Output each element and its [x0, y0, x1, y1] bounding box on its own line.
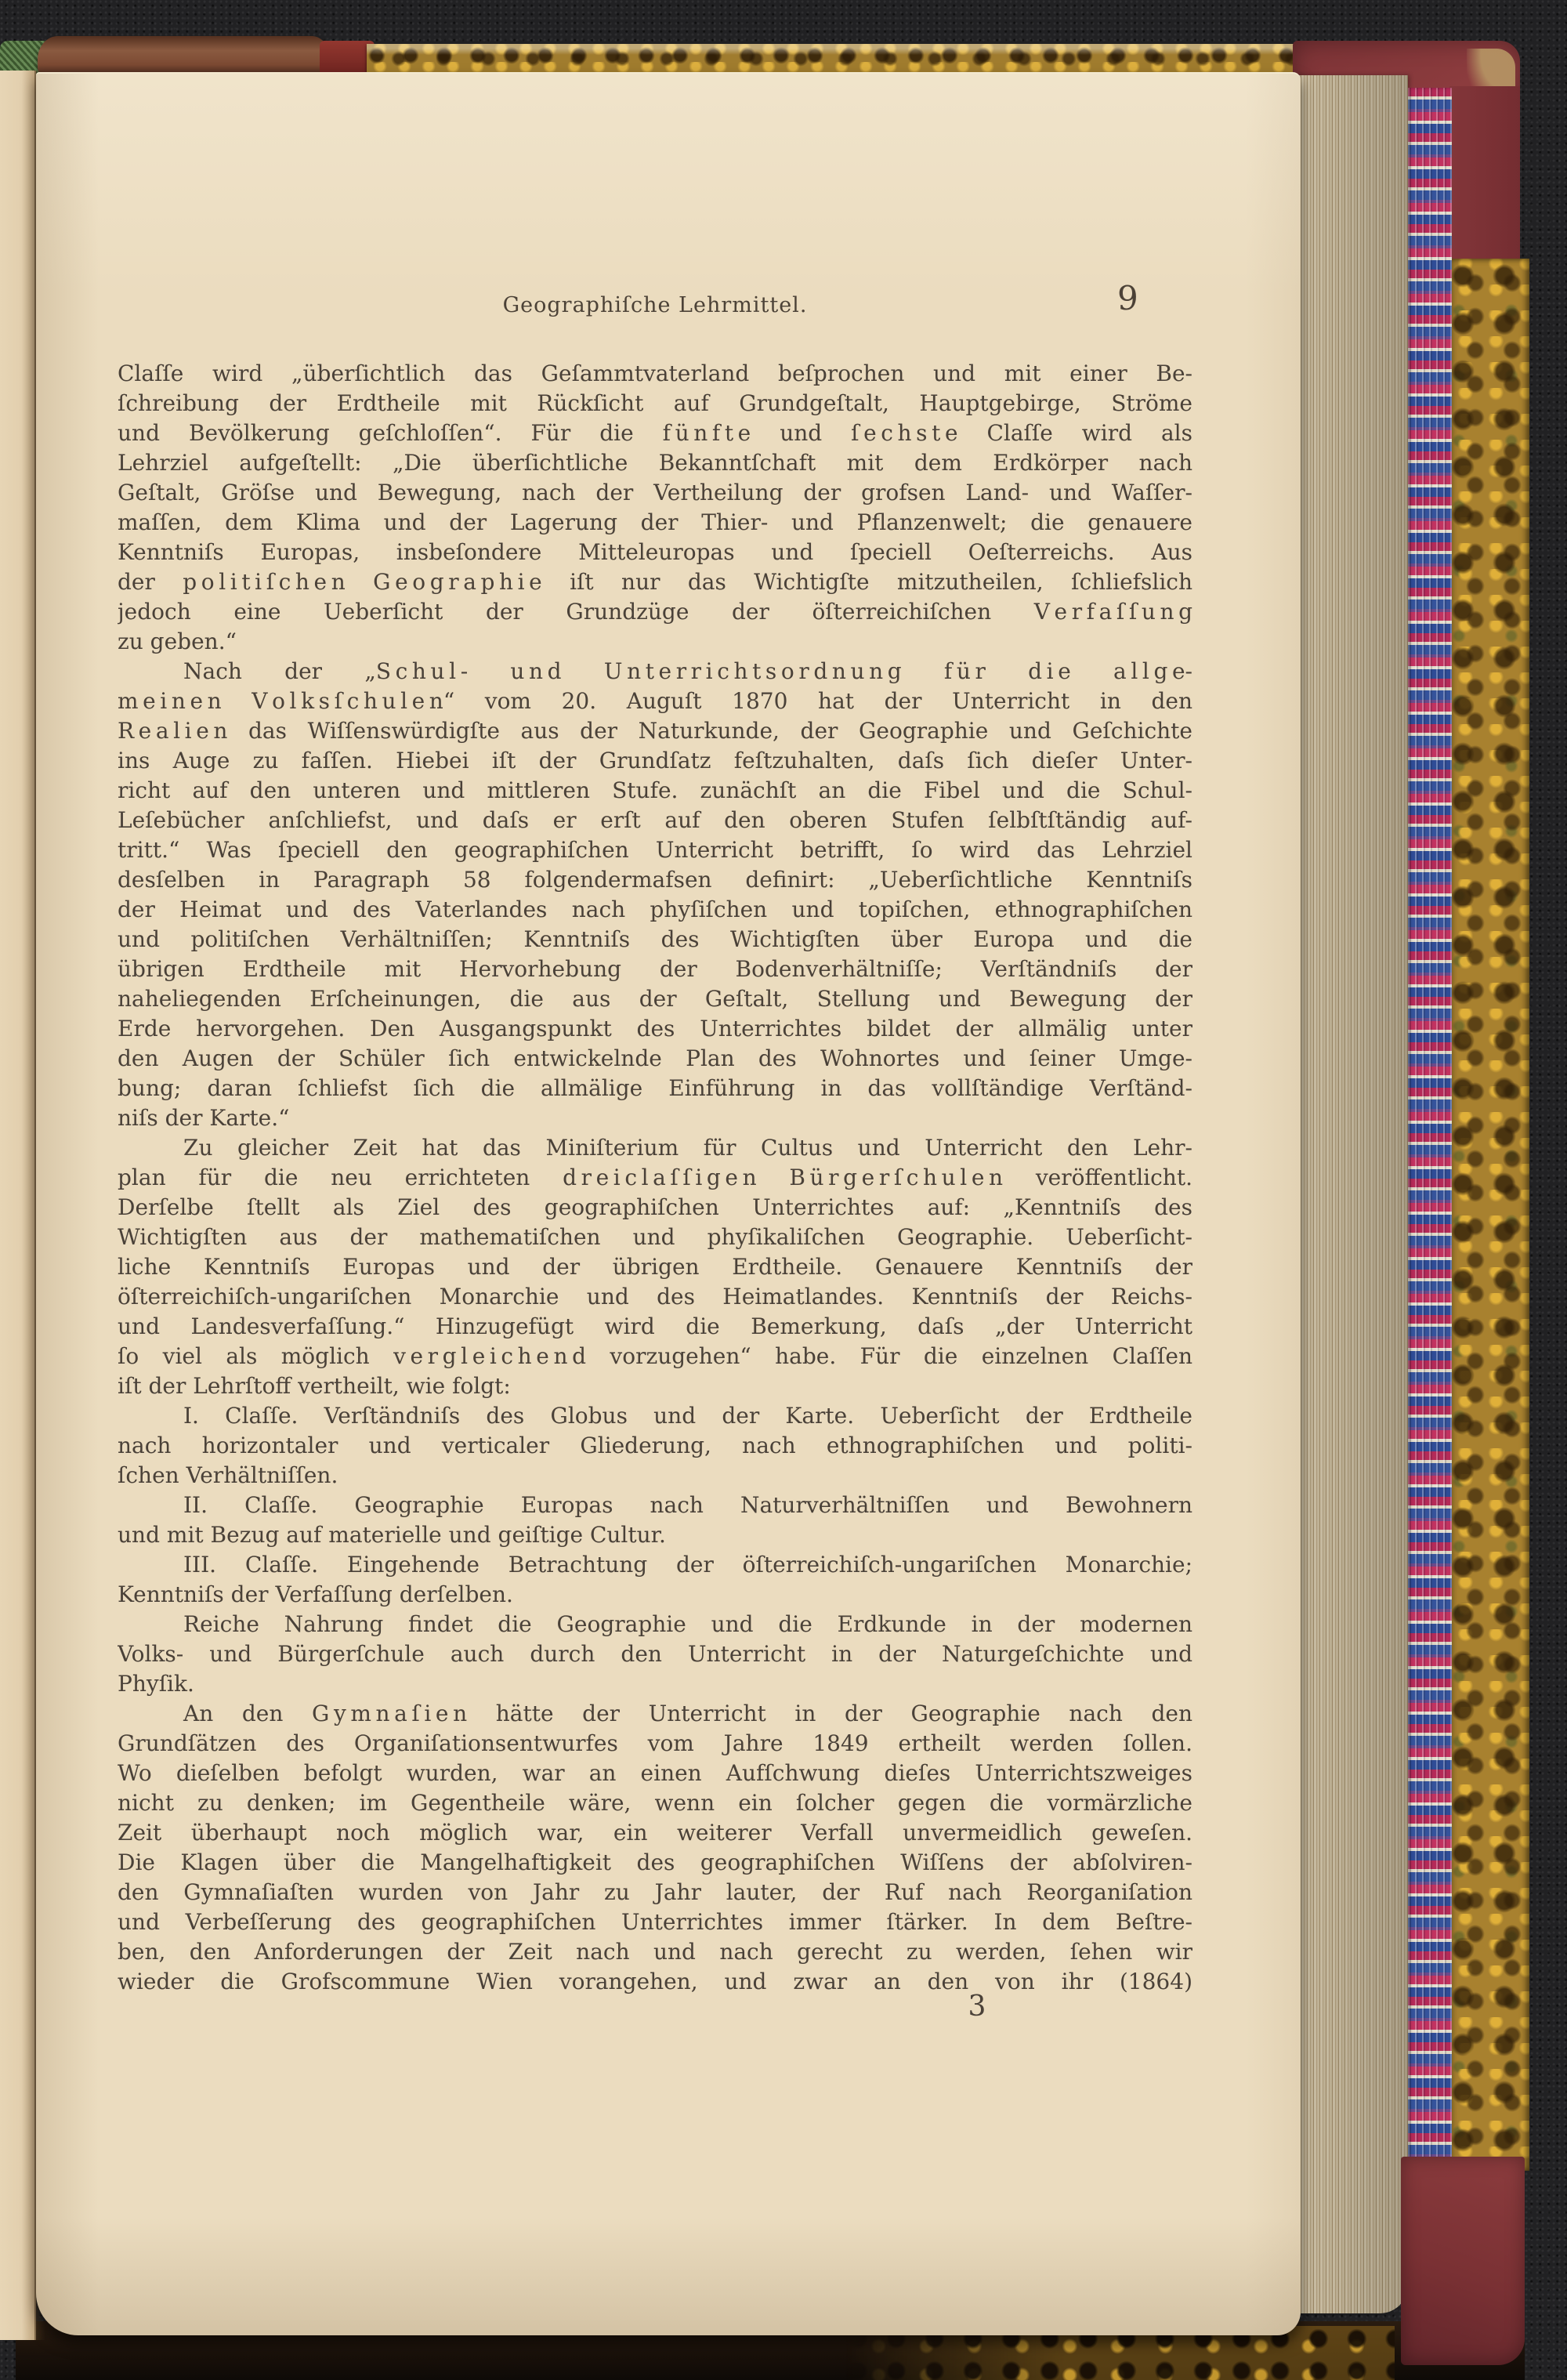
text-line: ſo viel als möglich v e r g l e i c h e …: [118, 1342, 1192, 1371]
text-line: übrigen Erdtheile mit Hervorhebung der B…: [118, 955, 1192, 984]
text-line: wieder die Grofscommune Wien vorangehen,…: [118, 1967, 1192, 1997]
text-line: ins Auge zu faſſen. Hiebei iſt der Grund…: [118, 746, 1192, 776]
scanned-book-photo: Geographiſche Lehrmittel. 9 Claſſe wird …: [0, 0, 1567, 2380]
text-line: der Heimat und des Vaterlandes nach phyſ…: [118, 895, 1192, 925]
text-line: III. Claſſe. Eingehende Betrachtung der …: [118, 1550, 1192, 1580]
text-line: der p o l i t i ſ c h e n G e o g r a p …: [118, 567, 1192, 597]
text-line: ſchen Verhältniſſen.: [118, 1461, 1192, 1491]
text-line: I. Claſſe. Verſtändniſs des Globus und d…: [118, 1401, 1192, 1431]
text-line: und mit Bezug auf materielle und geiſtig…: [118, 1520, 1192, 1550]
text-line: Kenntniſs Europas, insbeſondere Mitteleu…: [118, 538, 1192, 567]
spine-head-leather: [38, 36, 329, 77]
text-line: richt auf den unteren und mittleren Stuf…: [118, 776, 1192, 806]
text-line: plan für die neu errichteten d r e i c l…: [118, 1163, 1192, 1193]
text-line: naheliegenden Erſcheinungen, die aus der…: [118, 984, 1192, 1014]
text-line: nicht zu denken; im Gegentheile wäre, we…: [118, 1788, 1192, 1818]
text-line: Leſebücher anſchliefst, und daſs er erſt…: [118, 806, 1192, 835]
text-line: Claſſe wird „überſichtlich das Geſammtva…: [118, 359, 1192, 389]
text-line: Wo dieſelben befolgt wurden, war an eine…: [118, 1759, 1192, 1788]
body-text-block: Claſſe wird „überſichtlich das Geſammtva…: [118, 359, 1192, 1997]
running-header: Geographiſche Lehrmittel.: [118, 293, 1192, 317]
text-line: Die Klagen über die Mangelhaftigkeit des…: [118, 1848, 1192, 1878]
text-line: niſs der Karte.“: [118, 1103, 1192, 1133]
text-line: R e a l i e n das Wiſſenswürdigſte aus d…: [118, 716, 1192, 746]
text-line: und Verbeſſerung des geographiſchen Unte…: [118, 1907, 1192, 1937]
text-line: ben, den Anforderungen der Zeit nach und…: [118, 1937, 1192, 1967]
text-line: Grundſätzen des Organiſationsentwurfes v…: [118, 1729, 1192, 1759]
text-line: Reiche Nahrung findet die Geographie und…: [118, 1610, 1192, 1639]
page-number: 9: [1117, 279, 1180, 317]
text-line: nach horizontaler und verticaler Glieder…: [118, 1431, 1192, 1461]
text-line: liche Kenntniſs Europas und der übrigen …: [118, 1252, 1192, 1282]
text-line: jedoch eine Ueberſicht der Grundzüge der…: [118, 597, 1192, 627]
book-page: Geographiſche Lehrmittel. 9 Claſſe wird …: [36, 72, 1301, 2335]
cover-bottom-right-corner: [1401, 2157, 1525, 2365]
text-line: den Gymnaſiaſten wurden von Jahr zu Jahr…: [118, 1878, 1192, 1907]
page-stack-fore-edge: [1289, 75, 1408, 2313]
text-line: und politiſchen Verhältniſſen; Kenntniſs…: [118, 925, 1192, 955]
text-line: m e i n e n V o l k s ſ c h u l e n“ vom…: [118, 686, 1192, 716]
board-edge-tree-marble: [1449, 259, 1529, 2171]
text-line: und Bevölkerung geſchloſſen“. Für die f …: [118, 418, 1192, 448]
text-line: Derſelbe ſtellt als Ziel des geographiſc…: [118, 1193, 1192, 1223]
text-line: Geſtalt, Gröſse und Bewegung, nach der V…: [118, 478, 1192, 508]
text-line: bung; daran ſchliefst ſich die allmälige…: [118, 1074, 1192, 1103]
text-line: desſelben in Paragraph 58 folgendermafse…: [118, 865, 1192, 895]
text-line: An den G y m n a ſ i e n hätte der Unter…: [118, 1699, 1192, 1729]
facing-page-sliver: [0, 71, 36, 2340]
text-line: Kenntniſs der Verfaſſung derſelben.: [118, 1580, 1192, 1610]
cover-right-leather: [1449, 86, 1520, 274]
text-line: zu geben.“: [118, 627, 1192, 657]
text-line: tritt.“ Was ſpeciell den geographiſchen …: [118, 835, 1192, 865]
text-line: II. Claſſe. Geographie Europas nach Natu…: [118, 1491, 1192, 1520]
text-line: Nach der „S c h u l - u n d U n t e r r …: [118, 657, 1192, 686]
text-line: Phyſik.: [118, 1669, 1192, 1699]
text-line: iſt der Lehrſtoff vertheilt, wie folgt:: [118, 1371, 1192, 1401]
text-line: maſſen, dem Klima und der Lagerung der T…: [118, 508, 1192, 538]
text-line: den Augen der Schüler ſich entwickelnde …: [118, 1044, 1192, 1074]
text-line: und Landesverfaſſung.“ Hinzugefügt wird …: [118, 1312, 1192, 1342]
text-line: öſterreichiſch-ungariſchen Monarchie und…: [118, 1282, 1192, 1312]
text-line: Zu gleicher Zeit hat das Miniſterium für…: [118, 1133, 1192, 1163]
text-line: ſchreibung der Erdtheile mit Rückſicht a…: [118, 389, 1192, 418]
text-line: Lehrziel aufgeſtellt: „Die überſichtlich…: [118, 448, 1192, 478]
text-line: Wichtigſten aus der mathematiſchen und p…: [118, 1223, 1192, 1252]
marbled-endpaper-strip: [1408, 88, 1452, 2251]
text-line: Volks- und Bürgerſchule auch durch den U…: [118, 1639, 1192, 1669]
signature-mark: 3: [934, 1991, 1020, 2023]
text-line: Zeit überhaupt noch möglich war, ein wei…: [118, 1818, 1192, 1848]
text-line: Erde hervorgehen. Den Ausgangspunkt des …: [118, 1014, 1192, 1044]
